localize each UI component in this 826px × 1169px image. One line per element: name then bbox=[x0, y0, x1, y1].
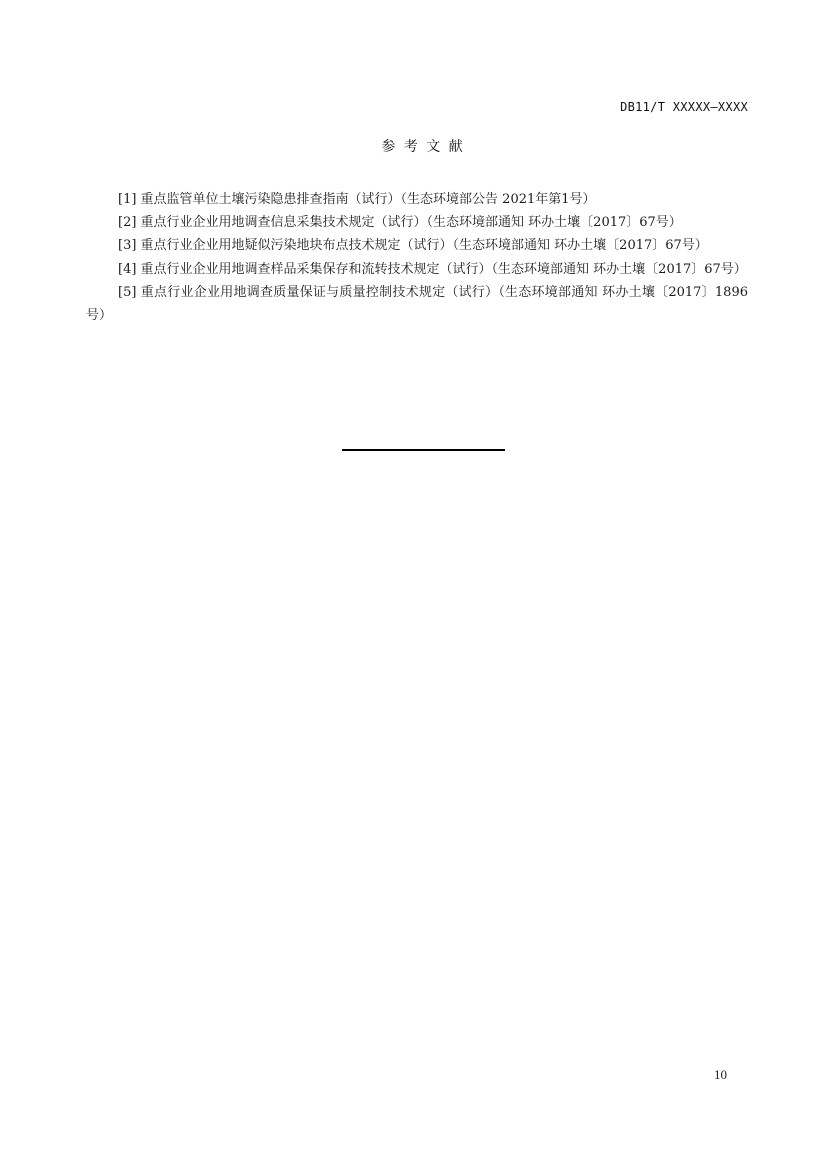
page-title: 参 考 文 献 bbox=[0, 136, 826, 156]
page-number: 10 bbox=[714, 1067, 727, 1083]
end-divider bbox=[342, 449, 505, 451]
reference-list: [1] 重点监管单位土壤污染隐患排查指南（试行）（生态环境部公告 2021年第1… bbox=[86, 188, 748, 327]
standard-code-header: DB11/T XXXXX—XXXX bbox=[620, 100, 748, 114]
reference-item-3: [3] 重点行业企业用地疑似污染地块布点技术规定（试行）（生态环境部通知 环办土… bbox=[86, 234, 748, 257]
reference-item-1: [1] 重点监管单位土壤污染隐患排查指南（试行）（生态环境部公告 2021年第1… bbox=[86, 188, 748, 211]
reference-item-5: [5] 重点行业企业用地调查质量保证与质量控制技术规定（试行）（生态环境部通知 … bbox=[86, 281, 748, 327]
reference-item-4: [4] 重点行业企业用地调查样品采集保存和流转技术规定（试行）（生态环境部通知 … bbox=[86, 258, 748, 281]
reference-item-2: [2] 重点行业企业用地调查信息采集技术规定（试行）（生态环境部通知 环办土壤〔… bbox=[86, 211, 748, 234]
